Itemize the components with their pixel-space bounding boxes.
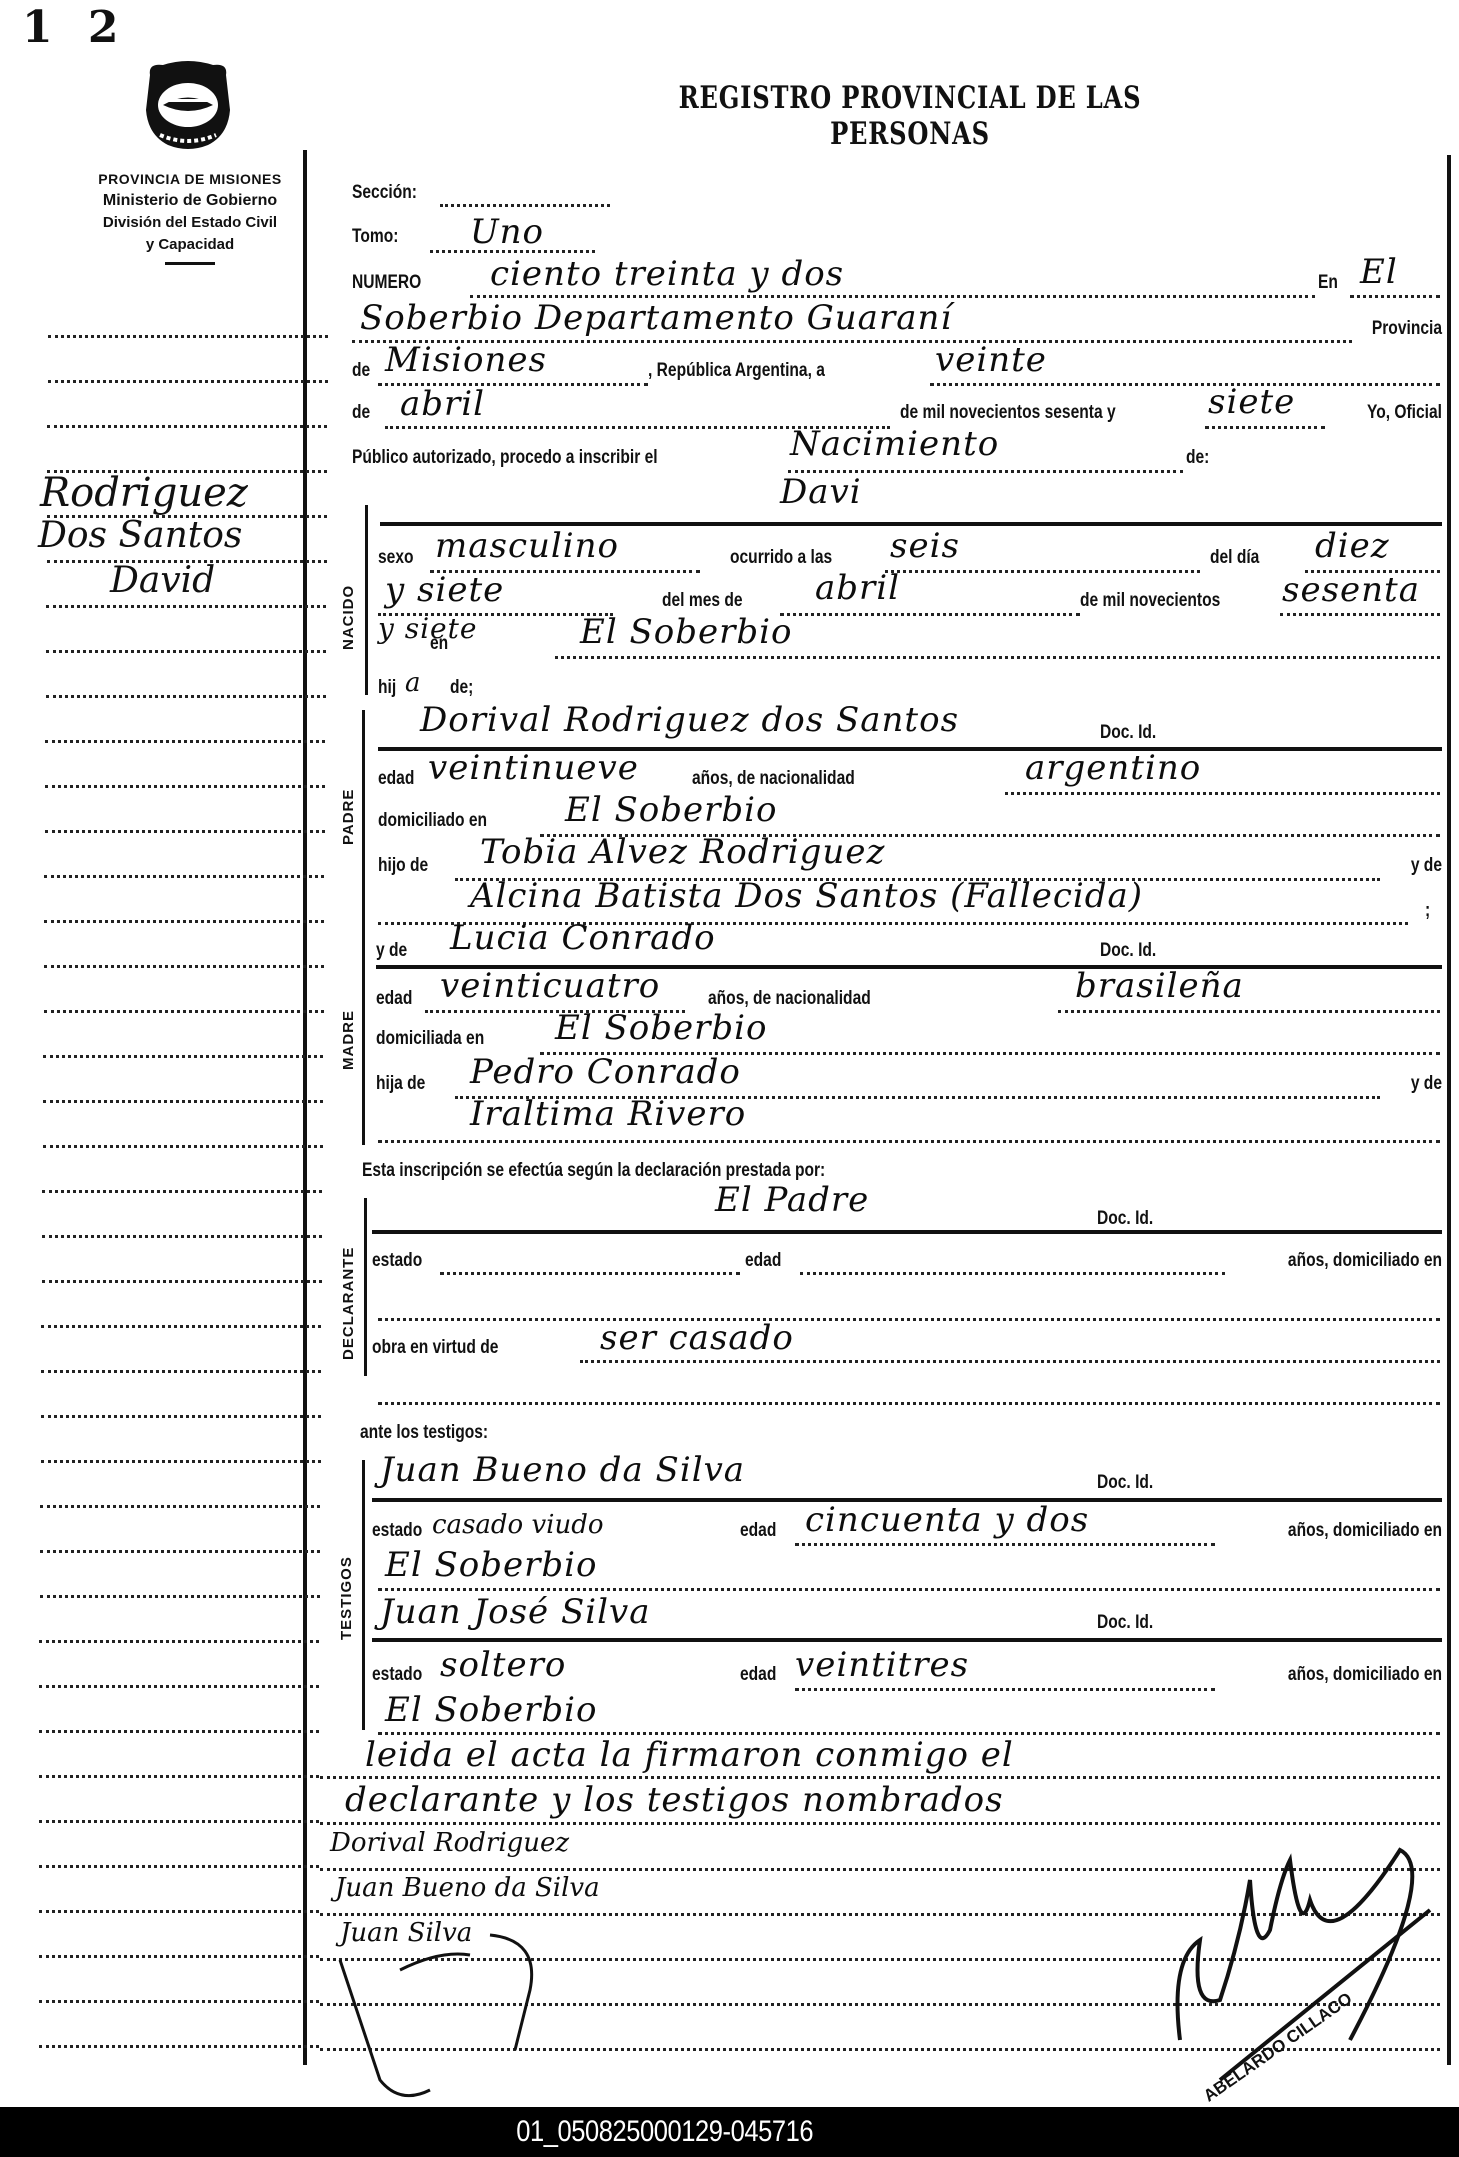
margin-line: [39, 1820, 319, 1823]
signature-testigo-1: Juan Bueno da Silva: [335, 1873, 600, 1903]
madre-edad-label: edad: [376, 988, 412, 1010]
margin-line: [47, 425, 327, 428]
declarante-name-rule[interactable]: [372, 1230, 1442, 1234]
margin-line: [39, 1685, 319, 1688]
issuer-capacity: y Capacidad: [40, 234, 340, 256]
testigo2-anios-label: años, domiciliado en: [1260, 1664, 1442, 1686]
madre-madre-field[interactable]: [378, 1140, 1440, 1143]
declarante-doc-label: Doc. Id.: [1097, 1208, 1153, 1230]
testigos-intro-label: ante los testigos:: [360, 1422, 488, 1444]
padre-domicilio-value: El Soberbio: [565, 790, 778, 830]
publico-label: Público autorizado, procedo a inscribir …: [352, 447, 658, 469]
padre-hijo-de-label: hijo de: [378, 855, 428, 877]
padre-anios-label: años, de nacionalidad: [692, 768, 855, 790]
margin-line: [39, 1730, 319, 1733]
testigo2-edad-field[interactable]: [795, 1688, 1215, 1691]
margin-line: [43, 1100, 323, 1103]
testigo1-edad-field[interactable]: [795, 1543, 1215, 1546]
testigo1-estado-value: casado viudo: [432, 1510, 604, 1540]
testigo2-name-rule[interactable]: [372, 1638, 1442, 1642]
page-number: 1 2: [22, 2, 129, 53]
year-label: de mil novecientos sesenta y: [900, 402, 1116, 424]
issuer-rule: [165, 262, 215, 265]
padre-section-label: PADRE: [340, 789, 357, 845]
madre-section-label: MADRE: [340, 1010, 357, 1070]
margin-line: [43, 1145, 323, 1148]
margin-surname-2: Dos Santos: [38, 515, 242, 556]
madre-anios-label: años, de nacionalidad: [708, 988, 871, 1010]
margin-line: [39, 1865, 319, 1868]
padre-nacionalidad-field[interactable]: [1005, 792, 1440, 795]
en-value: El: [1360, 252, 1398, 292]
closing-field-2[interactable]: [320, 1822, 1440, 1825]
padre-domicilio-label: domiciliado en: [378, 810, 487, 832]
padre-edad-value: veintinueve: [428, 748, 639, 788]
madre-madre-value: Iraltima Rivero: [470, 1094, 746, 1134]
obra-label: obra en virtud de: [372, 1337, 498, 1359]
mes-field[interactable]: [780, 613, 1080, 616]
ocurrido-label: ocurrido a las: [730, 547, 832, 569]
numero-value: ciento treinta y dos: [490, 254, 844, 294]
margin-line: [43, 1055, 323, 1058]
hora-value: seis: [890, 526, 960, 566]
dia-label: del día: [1210, 547, 1259, 569]
margin-line: [39, 1910, 319, 1913]
madre-padre-value: Pedro Conrado: [470, 1052, 741, 1092]
sexo-label: sexo: [378, 547, 414, 569]
declarante-estado-field[interactable]: [440, 1272, 740, 1275]
margin-line: [39, 1775, 319, 1778]
declarante-scribble: [320, 1930, 660, 2110]
nacido-bracket: [365, 505, 368, 695]
year-field[interactable]: [1205, 426, 1325, 429]
closing-line-2: declarante y los testigos nombrados: [345, 1780, 1004, 1820]
margin-line: [39, 2000, 319, 2003]
testigo2-domicilio-value: El Soberbio: [385, 1690, 598, 1730]
declarante-edad-label: edad: [745, 1250, 781, 1272]
margin-line: [42, 1235, 322, 1238]
margin-line: [41, 1325, 321, 1328]
coat-of-arms-icon: [138, 55, 238, 155]
testigos-bracket: [362, 1460, 365, 1730]
margin-line: [44, 920, 324, 923]
testigo1-domicilio-field[interactable]: [378, 1588, 1440, 1591]
margin-line: [48, 380, 328, 383]
hora-field[interactable]: [885, 570, 1200, 573]
margin-line: [46, 650, 326, 653]
padre-y-de-label: y de: [1391, 855, 1442, 877]
declarante-intro-label: Esta inscripción se efectúa según la dec…: [362, 1160, 825, 1182]
madre-nacionalidad-field[interactable]: [1058, 1010, 1440, 1013]
anio-value-1: sesenta: [1282, 570, 1420, 610]
testigo2-edad-label: edad: [740, 1664, 776, 1686]
issuer-province: PROVINCIA DE MISIONES: [40, 168, 340, 190]
obra-field-cont[interactable]: [378, 1402, 1440, 1405]
testigo1-edad-label: edad: [740, 1520, 776, 1542]
testigo2-name-value: Juan José Silva: [380, 1592, 651, 1632]
testigo1-doc-label: Doc. Id.: [1097, 1472, 1153, 1494]
testigo2-edad-value: veintitres: [795, 1645, 969, 1685]
padre-padre-value: Tobia Alvez Rodriguez: [480, 832, 885, 872]
margin-line: [41, 1460, 321, 1463]
margin-line: [45, 785, 325, 788]
lugar-value: El Soberbio: [580, 612, 793, 652]
republica-label: , República Argentina, a: [648, 360, 825, 382]
madre-domicilio-value: El Soberbio: [555, 1008, 768, 1048]
anio-label: de mil novecientos: [1080, 590, 1220, 612]
numero-label: NUMERO: [352, 272, 421, 294]
margin-line: [42, 1190, 322, 1193]
margin-line: [39, 1955, 319, 1958]
margin-line: [41, 1415, 321, 1418]
declarante-domicilio-field[interactable]: [378, 1318, 1440, 1321]
dia-value-2: y siete: [385, 570, 504, 610]
testigo1-estado-label: estado: [372, 1520, 422, 1542]
oficial-label: Yo, Oficial: [1326, 402, 1442, 424]
provincia-value: Misiones: [385, 340, 547, 380]
margin-line: [45, 740, 325, 743]
padre-bracket: [362, 710, 365, 950]
padre-doc-label: Doc. Id.: [1100, 722, 1156, 744]
official-signature: [1160, 1840, 1450, 2110]
issuer-division: División del Estado Civil: [40, 212, 340, 234]
declarante-bracket: [364, 1198, 367, 1376]
obra-value: ser casado: [600, 1318, 794, 1358]
tomo-label: Tomo:: [352, 226, 398, 248]
margin-line: [44, 1010, 324, 1013]
madre-hija-de-label: hija de: [376, 1073, 425, 1095]
issuer-block: PROVINCIA DE MISIONES Ministerio de Gobi…: [40, 168, 340, 265]
testigos-section-label: TESTIGOS: [338, 1556, 355, 1640]
day-value: veinte: [935, 340, 1047, 380]
mes-value: abril: [815, 568, 900, 608]
day-field[interactable]: [930, 383, 1440, 386]
lugar-field[interactable]: [555, 656, 1440, 659]
declarante-estado-label: estado: [372, 1250, 422, 1272]
dia-value-1: diez: [1315, 526, 1390, 566]
month-value: abril: [400, 384, 485, 424]
testigo1-name-value: Juan Bueno da Silva: [380, 1450, 745, 1490]
testigo1-domicilio-value: El Soberbio: [385, 1545, 598, 1585]
madre-y-de-label: y de: [376, 940, 407, 962]
sexo-value: masculino: [435, 526, 619, 566]
testigo2-estado-value: soltero: [440, 1645, 566, 1685]
nacido-name-value: Davi: [780, 472, 862, 512]
year-value: siete: [1208, 382, 1295, 422]
margin-line: [40, 1595, 320, 1598]
en-field[interactable]: [1350, 295, 1440, 298]
padre-edad-label: edad: [378, 768, 414, 790]
anio-field[interactable]: [1280, 613, 1440, 616]
margin-line: [40, 1505, 320, 1508]
seccion-label: Sección:: [352, 182, 417, 204]
closing-field-1[interactable]: [320, 1776, 1440, 1779]
nacido-en-label: en: [430, 633, 448, 655]
tomo-value: Uno: [470, 212, 544, 252]
testigo2-doc-label: Doc. Id.: [1097, 1612, 1153, 1634]
margin-line: [48, 335, 328, 338]
madre-doc-label: Doc. Id.: [1100, 940, 1156, 962]
hij-value: a: [405, 668, 421, 698]
right-border: [1447, 155, 1451, 2065]
margin-line: [46, 605, 326, 608]
document-id-bar: 01_050825000129-045716: [0, 2107, 1459, 2157]
declarante-anios-label: años, domiciliado en: [1260, 1250, 1442, 1272]
signature-declarante: Dorival Rodriguez: [330, 1828, 569, 1858]
declarante-section-label: DECLARANTE: [340, 1247, 357, 1360]
de-colon-label: de:: [1186, 447, 1209, 469]
testigo1-anios-label: años, domiciliado en: [1260, 1520, 1442, 1542]
place-value: Soberbio Departamento Guaraní: [360, 298, 952, 338]
margin-given-name: David: [110, 560, 215, 601]
testigo2-estado-label: estado: [372, 1664, 422, 1686]
closing-line-1: leida el acta la firmaron conmigo el: [365, 1735, 1014, 1775]
anio-value-2: y siete: [378, 612, 477, 645]
margin-line: [39, 1640, 319, 1643]
margin-line: [44, 875, 324, 878]
margin-line: [45, 830, 325, 833]
de-label: de: [352, 360, 370, 382]
margin-line: [42, 1280, 322, 1283]
margin-line: [41, 1370, 321, 1373]
padre-name-value: Dorival Rodriguez dos Santos: [420, 700, 959, 740]
padre-semicolon: ;: [1425, 900, 1430, 922]
madre-y-de-label-2: y de: [1391, 1073, 1442, 1095]
margin-line: [44, 965, 324, 968]
document-title: REGISTRO PROVINCIAL DE LAS PERSONAS: [637, 80, 1183, 152]
madre-edad-value: veinticuatro: [440, 966, 660, 1006]
madre-nacionalidad-value: brasileña: [1075, 966, 1244, 1006]
madre-domicilio-label: domiciliada en: [376, 1028, 484, 1050]
margin-line: [40, 1550, 320, 1553]
document-id: 01_050825000129-045716: [516, 2107, 813, 2157]
mes-label: del mes de: [662, 590, 743, 612]
margin-line: [39, 2045, 319, 2048]
issuer-ministry: Ministerio de Gobierno: [40, 190, 340, 212]
seccion-field[interactable]: [440, 204, 610, 207]
hij-de-label: de;: [450, 677, 473, 699]
declarante-edad-field[interactable]: [800, 1272, 1225, 1275]
acto-value: Nacimiento: [790, 424, 999, 464]
margin-surname-1: Rodriguez: [40, 470, 248, 516]
padre-nacionalidad-value: argentino: [1025, 748, 1201, 788]
de2-label: de: [352, 402, 370, 424]
margin-line: [46, 695, 326, 698]
madre-name-value: Lucia Conrado: [450, 918, 716, 958]
declarante-name-value: El Padre: [715, 1180, 869, 1220]
padre-madre-value: Alcina Batista Dos Santos (Fallecida): [470, 876, 1143, 916]
provincia-label: Provincia: [1358, 318, 1442, 340]
nacido-section-label: NACIDO: [340, 585, 357, 650]
en-label: En: [1318, 272, 1338, 294]
obra-field[interactable]: [580, 1360, 1440, 1363]
testigo1-edad-value: cincuenta y dos: [805, 1500, 1089, 1540]
madre-bracket: [362, 950, 365, 1145]
hij-label: hij: [378, 677, 396, 699]
